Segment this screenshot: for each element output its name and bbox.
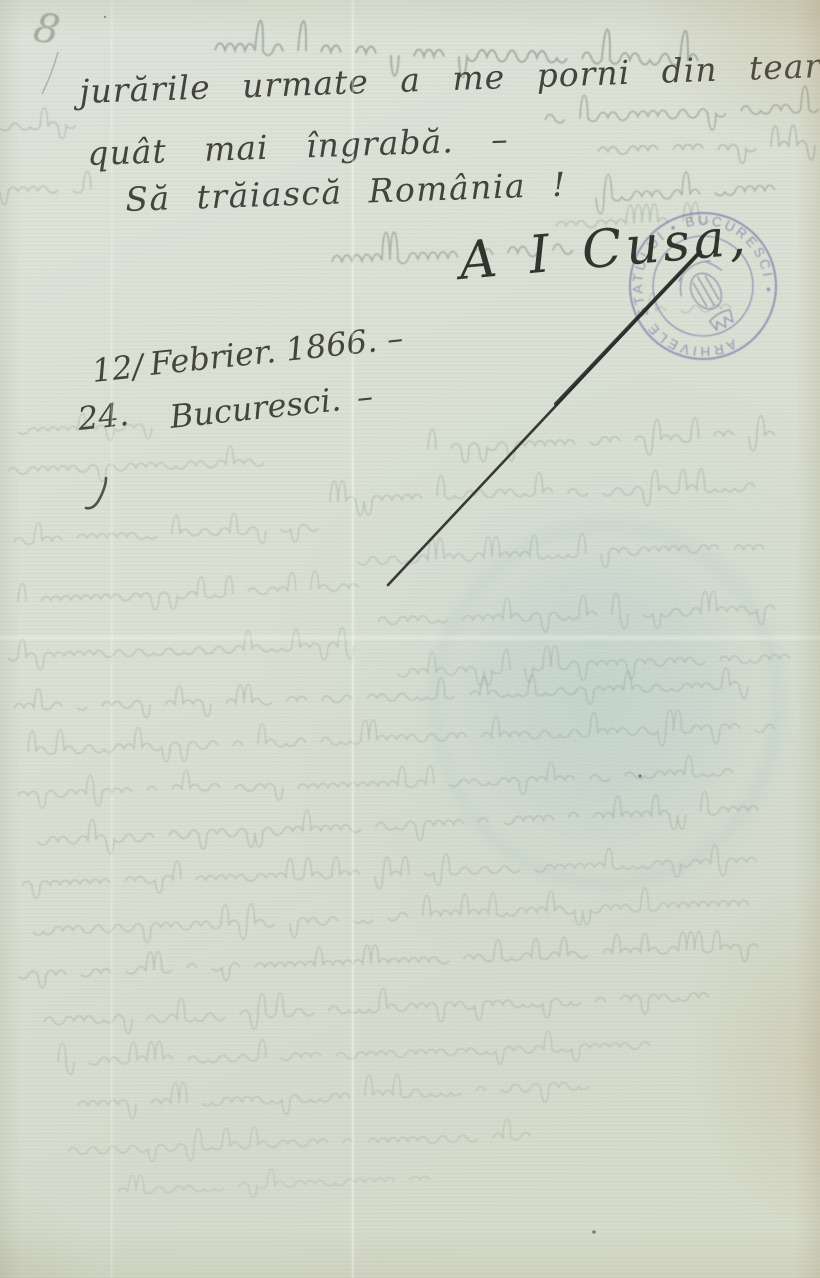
- ink-speck: [104, 16, 106, 18]
- paraph-mark: [86, 478, 106, 508]
- document-page: ARHIVELE STATULUI • BUCURESCI • 8 jurări…: [0, 0, 820, 1278]
- folio-flourish: [42, 52, 58, 94]
- ink-speck: [592, 1230, 596, 1234]
- diagonal-pen-stroke-thick: [556, 252, 700, 404]
- pen-strokes-layer: [0, 0, 820, 1278]
- ink-speck: [638, 774, 641, 777]
